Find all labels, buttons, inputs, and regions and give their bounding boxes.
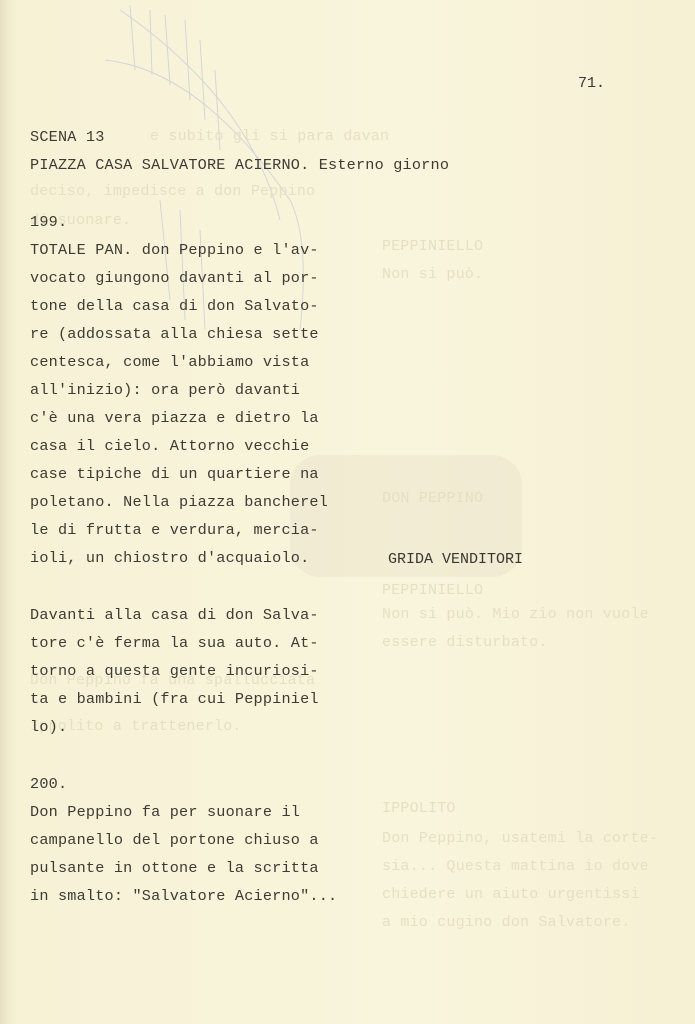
- audio-cue: GRIDA VENDITORI: [388, 551, 523, 568]
- page-number: 71.: [578, 75, 605, 92]
- shot-line: poletano. Nella piazza bancherel: [30, 495, 328, 510]
- bleed-text: sia... Questa mattina io dove: [382, 858, 649, 875]
- shot-number: 199.: [30, 215, 67, 230]
- bleed-text: essere disturbato.: [382, 634, 548, 651]
- shot-number: 200.: [30, 777, 67, 792]
- shot-line: vocato giungono davanti al por-: [30, 271, 319, 286]
- shot-line: torno a questa gente incuriosi-: [30, 664, 319, 679]
- bleed-text: deciso, impedisce a don Peppino: [30, 183, 315, 200]
- shot-line: re (addossata alla chiesa sette: [30, 327, 319, 342]
- bleed-text: PEPPINIELLO: [382, 238, 483, 255]
- shot-line: tore c'è ferma la sua auto. At-: [30, 636, 319, 651]
- shot-line: case tipiche di un quartiere na: [30, 467, 319, 482]
- bleed-text: Non si può. Mio zio non vuole: [382, 606, 649, 623]
- shot-line: in smalto: "Salvatore Acierno"...: [30, 889, 337, 904]
- bleed-text: a mio cugino don Salvatore.: [382, 914, 630, 931]
- shot-line: ta e bambini (fra cui Peppiniel: [30, 692, 319, 707]
- bleed-text: IPPOLITO: [382, 800, 456, 817]
- bleed-text: e subito gli si para davan: [150, 128, 389, 145]
- bleed-text: Don Peppino, usatemi la corte-: [382, 830, 658, 847]
- shot-line: lo).: [30, 720, 67, 735]
- shot-line: casa il cielo. Attorno vecchie: [30, 439, 309, 454]
- shot-line: campanello del portone chiuso a: [30, 833, 319, 848]
- shot-line: centesca, come l'abbiamo vista: [30, 355, 309, 370]
- shot-line: le di frutta e verdura, mercia-: [30, 523, 319, 538]
- bleed-text: Non si può.: [382, 266, 483, 283]
- shot-line: ioli, un chiostro d'acquaiolo.: [30, 551, 309, 566]
- shot-line: Davanti alla casa di don Salva-: [30, 608, 319, 623]
- shot-line: TOTALE PAN. don Peppino e l'av-: [30, 243, 319, 258]
- typed-script-page: e subito gli si para davan deciso, imped…: [0, 0, 695, 1024]
- scene-heading: SCENA 13: [30, 130, 105, 145]
- shot-line: Don Peppino fa per suonare il: [30, 805, 300, 820]
- shot-line: all'inizio): ora però davanti: [30, 383, 300, 398]
- bleed-text: DON PEPPINO: [382, 490, 483, 507]
- shot-line: c'è una vera piazza e dietro la: [30, 411, 319, 426]
- bleed-text: PEPPINIELLO: [382, 582, 483, 599]
- shot-line: tone della casa di don Salvato-: [30, 299, 319, 314]
- scene-location: PIAZZA CASA SALVATORE ACIERNO. Esterno g…: [30, 158, 449, 173]
- shot-line: pulsante in ottone e la scritta: [30, 861, 319, 876]
- bleed-text: chiedere un aiuto urgentissi: [382, 886, 640, 903]
